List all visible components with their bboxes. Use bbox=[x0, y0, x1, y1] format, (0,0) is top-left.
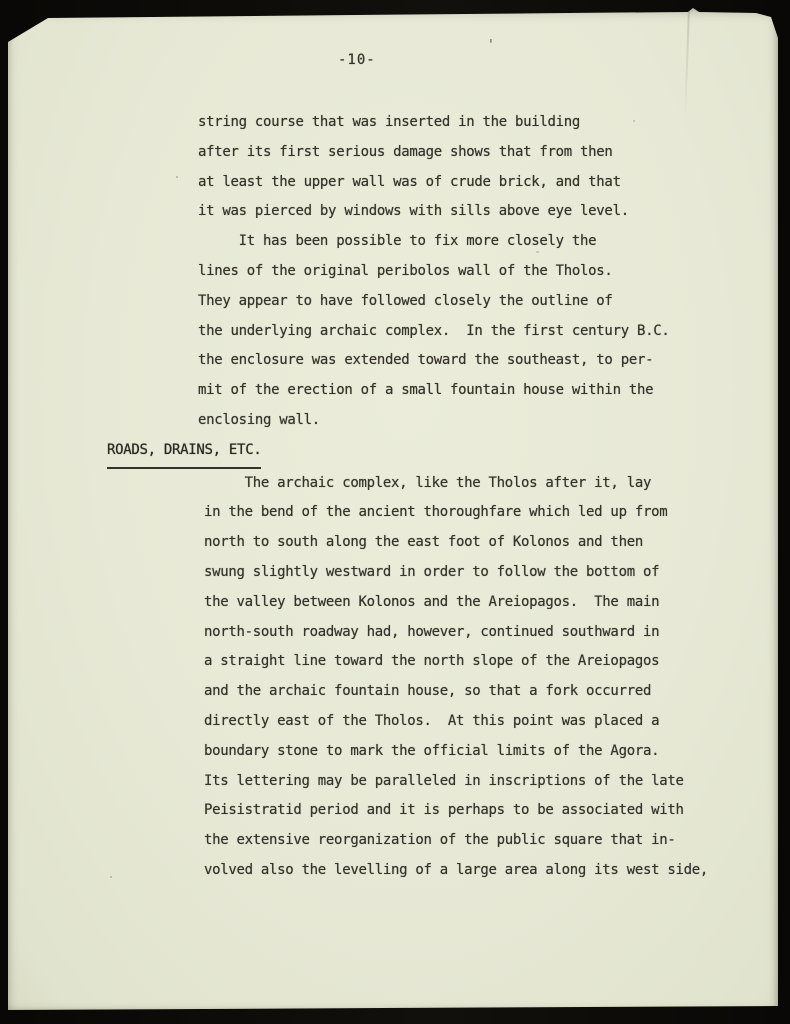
page-number: -10- bbox=[338, 52, 376, 68]
paper-sheet: -10- ' string course that was inserted i… bbox=[8, 8, 778, 1010]
paragraph-peribolos-wall: It has been possible to fix more closely… bbox=[8, 227, 778, 436]
paper-crease bbox=[684, 10, 690, 120]
paragraph-roads-drains: The archaic complex, like the Tholos aft… bbox=[8, 469, 778, 886]
section-heading-line: ROADS, DRAINS, ETC. bbox=[8, 436, 778, 469]
paragraph-string-course: string course that was inserted in the b… bbox=[8, 108, 778, 227]
typed-text-block: string course that was inserted in the b… bbox=[8, 108, 778, 886]
scan-background: -10- ' string course that was inserted i… bbox=[0, 0, 790, 1024]
stray-apostrophe-mark: ' bbox=[487, 38, 495, 53]
section-heading-roads-drains: ROADS, DRAINS, ETC. bbox=[107, 436, 261, 469]
